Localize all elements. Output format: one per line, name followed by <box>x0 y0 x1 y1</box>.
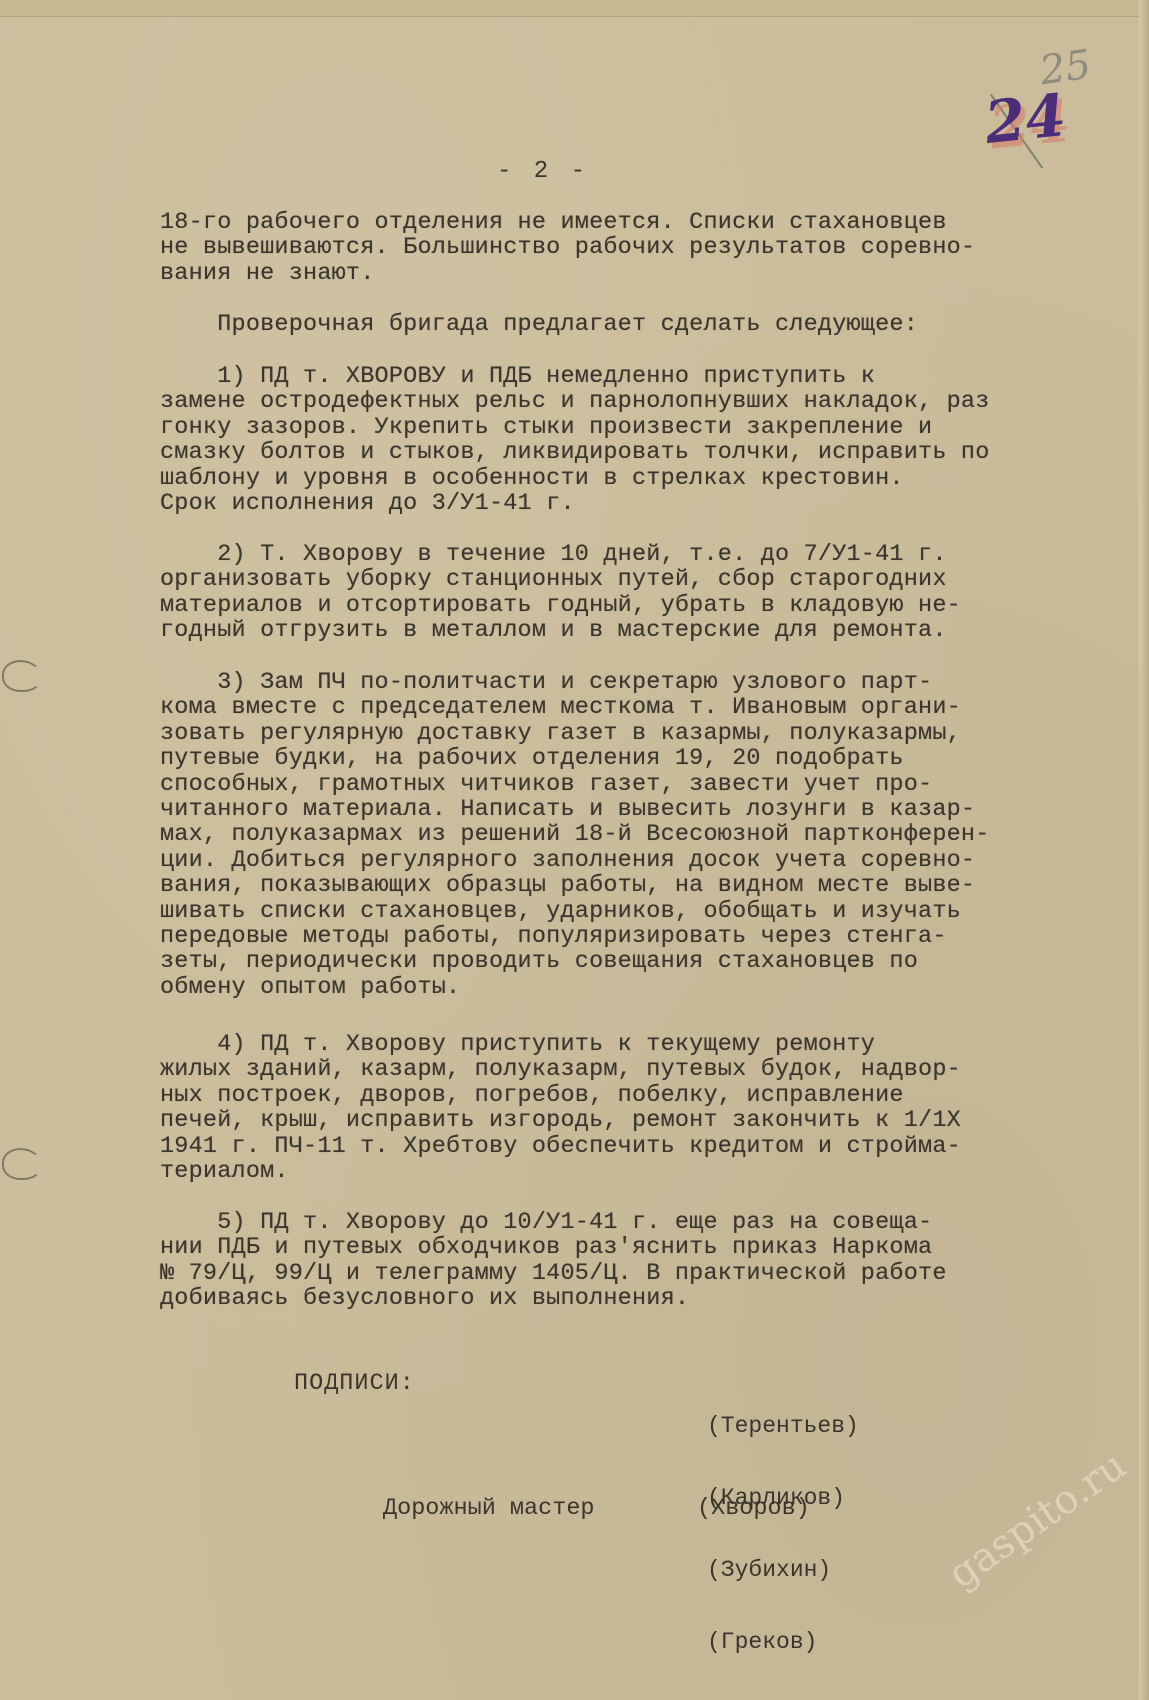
signature-name: (Зубихин) <box>707 1558 859 1582</box>
signature-name: (Греков) <box>707 1630 859 1654</box>
signatures-label: ПОДПИСИ: <box>294 1370 415 1397</box>
signatures-names: (Терентьев) (Карликов) (Зубихин) (Греков… <box>707 1366 859 1700</box>
paragraph-proposal-heading: Проверочная бригада предлагает сделать с… <box>160 312 1145 337</box>
paragraph-item-2: 2) Т. Хворову в течение 10 дней, т.е. до… <box>160 542 1145 644</box>
hole-punch-mark-icon <box>2 660 42 692</box>
page-marker: - 2 - <box>497 158 589 185</box>
paragraph-item-3: 3) Зам ПЧ по-политчасти и секретарю узло… <box>160 670 1145 1000</box>
paragraph-intro: 18-го рабочего отделения не имеется. Спи… <box>160 210 1145 286</box>
signature-name: (Терентьев) <box>707 1414 859 1438</box>
watermark: gaspito.ru <box>940 1442 1135 1598</box>
archive-sheet-number: 24 <box>982 81 1069 157</box>
page-top-edge <box>0 0 1149 17</box>
paragraph-item-4: 4) ПД т. Хворову приступить к текущему р… <box>160 1032 1145 1184</box>
paragraph-item-1: 1) ПД т. ХВОРОВУ и ПДБ немедленно присту… <box>160 364 1145 516</box>
document-page: 25 24 - 2 - 18-го рабочего отделения не … <box>0 0 1149 1700</box>
road-master-label: Дорожный мастер <box>383 1495 595 1522</box>
hole-punch-mark-icon <box>2 1148 42 1180</box>
paragraph-item-5: 5) ПД т. Хворову до 10/У1-41 г. еще раз … <box>160 1210 1145 1312</box>
road-master-name: (Хворов) <box>697 1495 810 1522</box>
